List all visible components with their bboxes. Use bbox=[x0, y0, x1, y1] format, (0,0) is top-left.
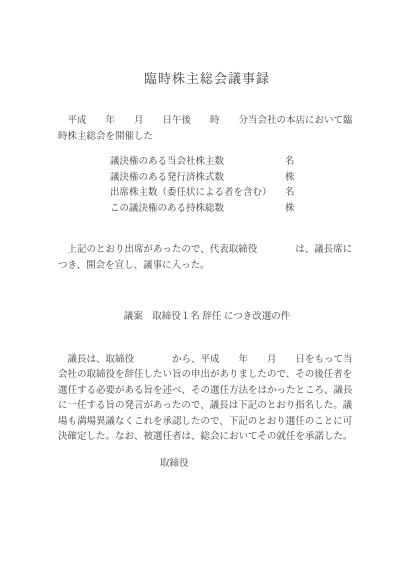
attendance-row: 議決権のある発行済株式数 株 bbox=[58, 170, 356, 186]
attendance-unit: 株 bbox=[285, 170, 295, 186]
attendance-label: この議決権のある持株総数 bbox=[110, 201, 285, 217]
attendance-unit: 名 bbox=[285, 154, 295, 170]
attendance-unit: 名 bbox=[285, 185, 295, 201]
attendance-unit: 株 bbox=[285, 201, 295, 217]
attendance-label: 議決権のある当会社株主数 bbox=[110, 154, 285, 170]
document-title: 臨時株主総会議事録 bbox=[58, 70, 356, 87]
document-page: 臨時株主総会議事録 平成 年 月 日午後 時 分当会社の本店において臨時株主総会… bbox=[0, 0, 410, 580]
chairman-paragraph: 上記のとおり出席があったので、代表取締役 は、議長席につき、開会を宣し、議事に入… bbox=[58, 242, 356, 273]
attendance-label: 出席株主数（委任状による者を含む） bbox=[110, 185, 285, 201]
resolution-paragraph: 議長は、取締役 から、平成 年 月 日をもって当会社の取締役を辞任したい旨の申出… bbox=[58, 352, 356, 445]
officer-title-line: 取締役 bbox=[58, 456, 356, 472]
attendance-row: 議決権のある当会社株主数 名 bbox=[58, 154, 356, 170]
attendance-list: 議決権のある当会社株主数 名 議決権のある発行済株式数 株 出席株主数（委任状に… bbox=[58, 154, 356, 216]
attendance-row: この議決権のある持株総数 株 bbox=[58, 201, 356, 217]
agenda-heading: 議案 取締役１名 辞任 につき改選の件 bbox=[58, 309, 356, 325]
opening-paragraph: 平成 年 月 日午後 時 分当会社の本店において臨時株主総会を開催した bbox=[58, 113, 356, 144]
attendance-label: 議決権のある発行済株式数 bbox=[110, 170, 285, 186]
attendance-row: 出席株主数（委任状による者を含む） 名 bbox=[58, 185, 356, 201]
